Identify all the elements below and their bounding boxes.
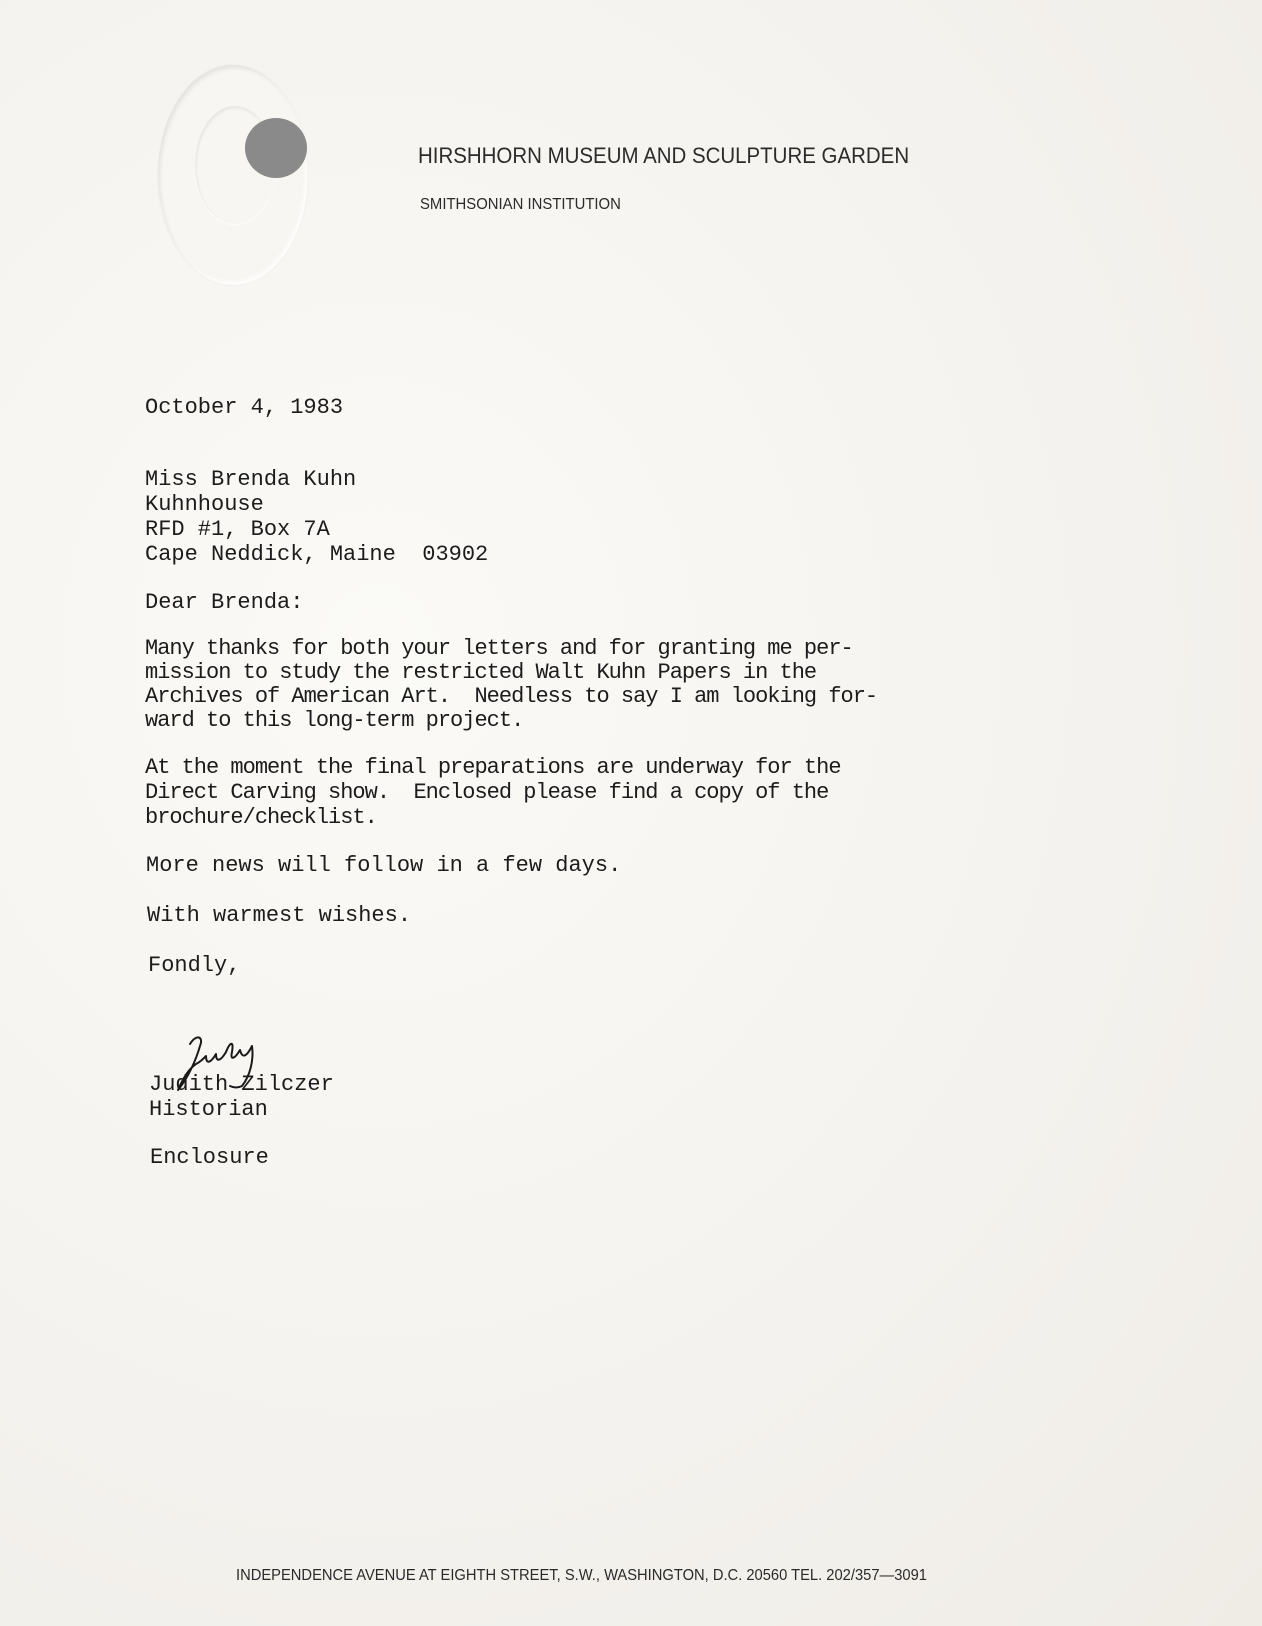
paragraph-line: ward to this long-term project. bbox=[145, 708, 523, 733]
paragraph-line: brochure/checklist. bbox=[145, 805, 377, 830]
recipient-line: Kuhnhouse bbox=[145, 492, 264, 517]
letterhead-parent: SMITHSONIAN INSTITUTION bbox=[420, 196, 621, 214]
letterhead-institution: HIRSHHORN MUSEUM AND SCULPTURE GARDEN bbox=[418, 143, 909, 169]
recipient-line: Miss Brenda Kuhn bbox=[145, 467, 356, 492]
paragraph-3: More news will follow in a few days. bbox=[146, 853, 621, 878]
letter-date: October 4, 1983 bbox=[145, 395, 343, 420]
salutation: Dear Brenda: bbox=[145, 590, 303, 615]
recipient-line: RFD #1, Box 7A bbox=[145, 517, 330, 542]
paragraph-line: Many thanks for both your letters and fo… bbox=[145, 636, 853, 661]
paragraph-line: mission to study the restricted Walt Kuh… bbox=[145, 660, 816, 685]
enclosure-note: Enclosure bbox=[150, 1145, 269, 1170]
letterhead-footer-address: INDEPENDENCE AVENUE AT EIGHTH STREET, S.… bbox=[236, 1567, 927, 1585]
closing: Fondly, bbox=[148, 953, 240, 978]
paragraph-4: With warmest wishes. bbox=[147, 903, 411, 928]
signer-name: Judith Zilczer bbox=[149, 1072, 334, 1097]
recipient-line: Cape Neddick, Maine 03902 bbox=[145, 542, 488, 567]
paragraph-line: Direct Carving show. Enclosed please fin… bbox=[145, 780, 828, 805]
paragraph-line: At the moment the final preparations are… bbox=[145, 755, 841, 780]
paragraph-line: Archives of American Art. Needless to sa… bbox=[145, 684, 877, 709]
seal-dot-icon bbox=[245, 118, 307, 178]
signer-title: Historian bbox=[149, 1097, 268, 1122]
